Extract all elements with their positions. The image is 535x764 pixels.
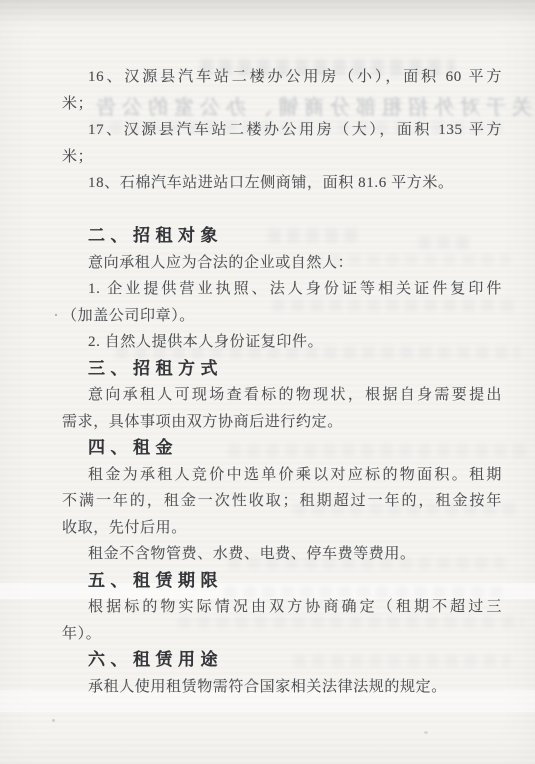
blank-line [62,197,502,224]
section-heading: 六、租赁用途 [62,647,502,674]
scan-speck [424,731,428,734]
document-line: 租金不含物管费、水费、电费、停车费等费用。 [62,541,502,568]
document-line: （加盖公司印章）。 [62,303,502,330]
scanned-document-page: 关于对外招租部分商铺、办公室的公告 16、汉源县汽车站二楼办公用房（小），面积 … [0,0,535,764]
document-line: 米； [62,144,502,171]
document-line: 米； [62,91,502,118]
document-line: 需求，具体事项由双方协商后进行约定。 [62,409,502,436]
section-heading: 二、招租对象 [62,223,502,250]
scan-speck [52,719,55,722]
scan-edge-shadow [0,0,535,26]
document-line: 16、汉源县汽车站二楼办公用房（小），面积 60 平方 [62,64,502,91]
document-line: 意向承租人可现场查看标的物现状，根据自身需要提出 [62,382,502,409]
document-line: 意向承租人应为合法的企业或自然人： [62,250,502,277]
document-line: 不满一年的，租金一次性收取；租期超过一年的，租金按年 [62,488,502,515]
document-line: 根据标的物实际情况由双方协商确定（租期不超过三 [62,594,502,621]
document-line: 租金为承租人竞价中选单价乘以对应标的物面积。租期 [62,462,502,489]
section-heading: 三、招租方式 [62,356,502,383]
document-line: 18、石棉汽车站进站口左侧商铺，面积 81.6 平方米。 [62,170,502,197]
section-heading: 四、租金 [62,435,502,462]
scan-speck [55,314,57,316]
document-line: 2. 自然人提供本人身份证复印件。 [62,329,502,356]
document-line: 1. 企业提供营业执照、法人身份证等相关证件复印件 [62,276,502,303]
document-line: 年）。 [62,621,502,648]
document-body: 16、汉源县汽车站二楼办公用房（小），面积 60 平方米；17、汉源县汽车站二楼… [62,64,502,700]
section-heading: 五、租赁期限 [62,568,502,595]
document-line: 承租人使用租赁物需符合国家相关法律法规的规定。 [62,674,502,701]
document-line: 收取，先付后用。 [62,515,502,542]
document-line: 17、汉源县汽车站二楼办公用房（大），面积 135 平方 [62,117,502,144]
